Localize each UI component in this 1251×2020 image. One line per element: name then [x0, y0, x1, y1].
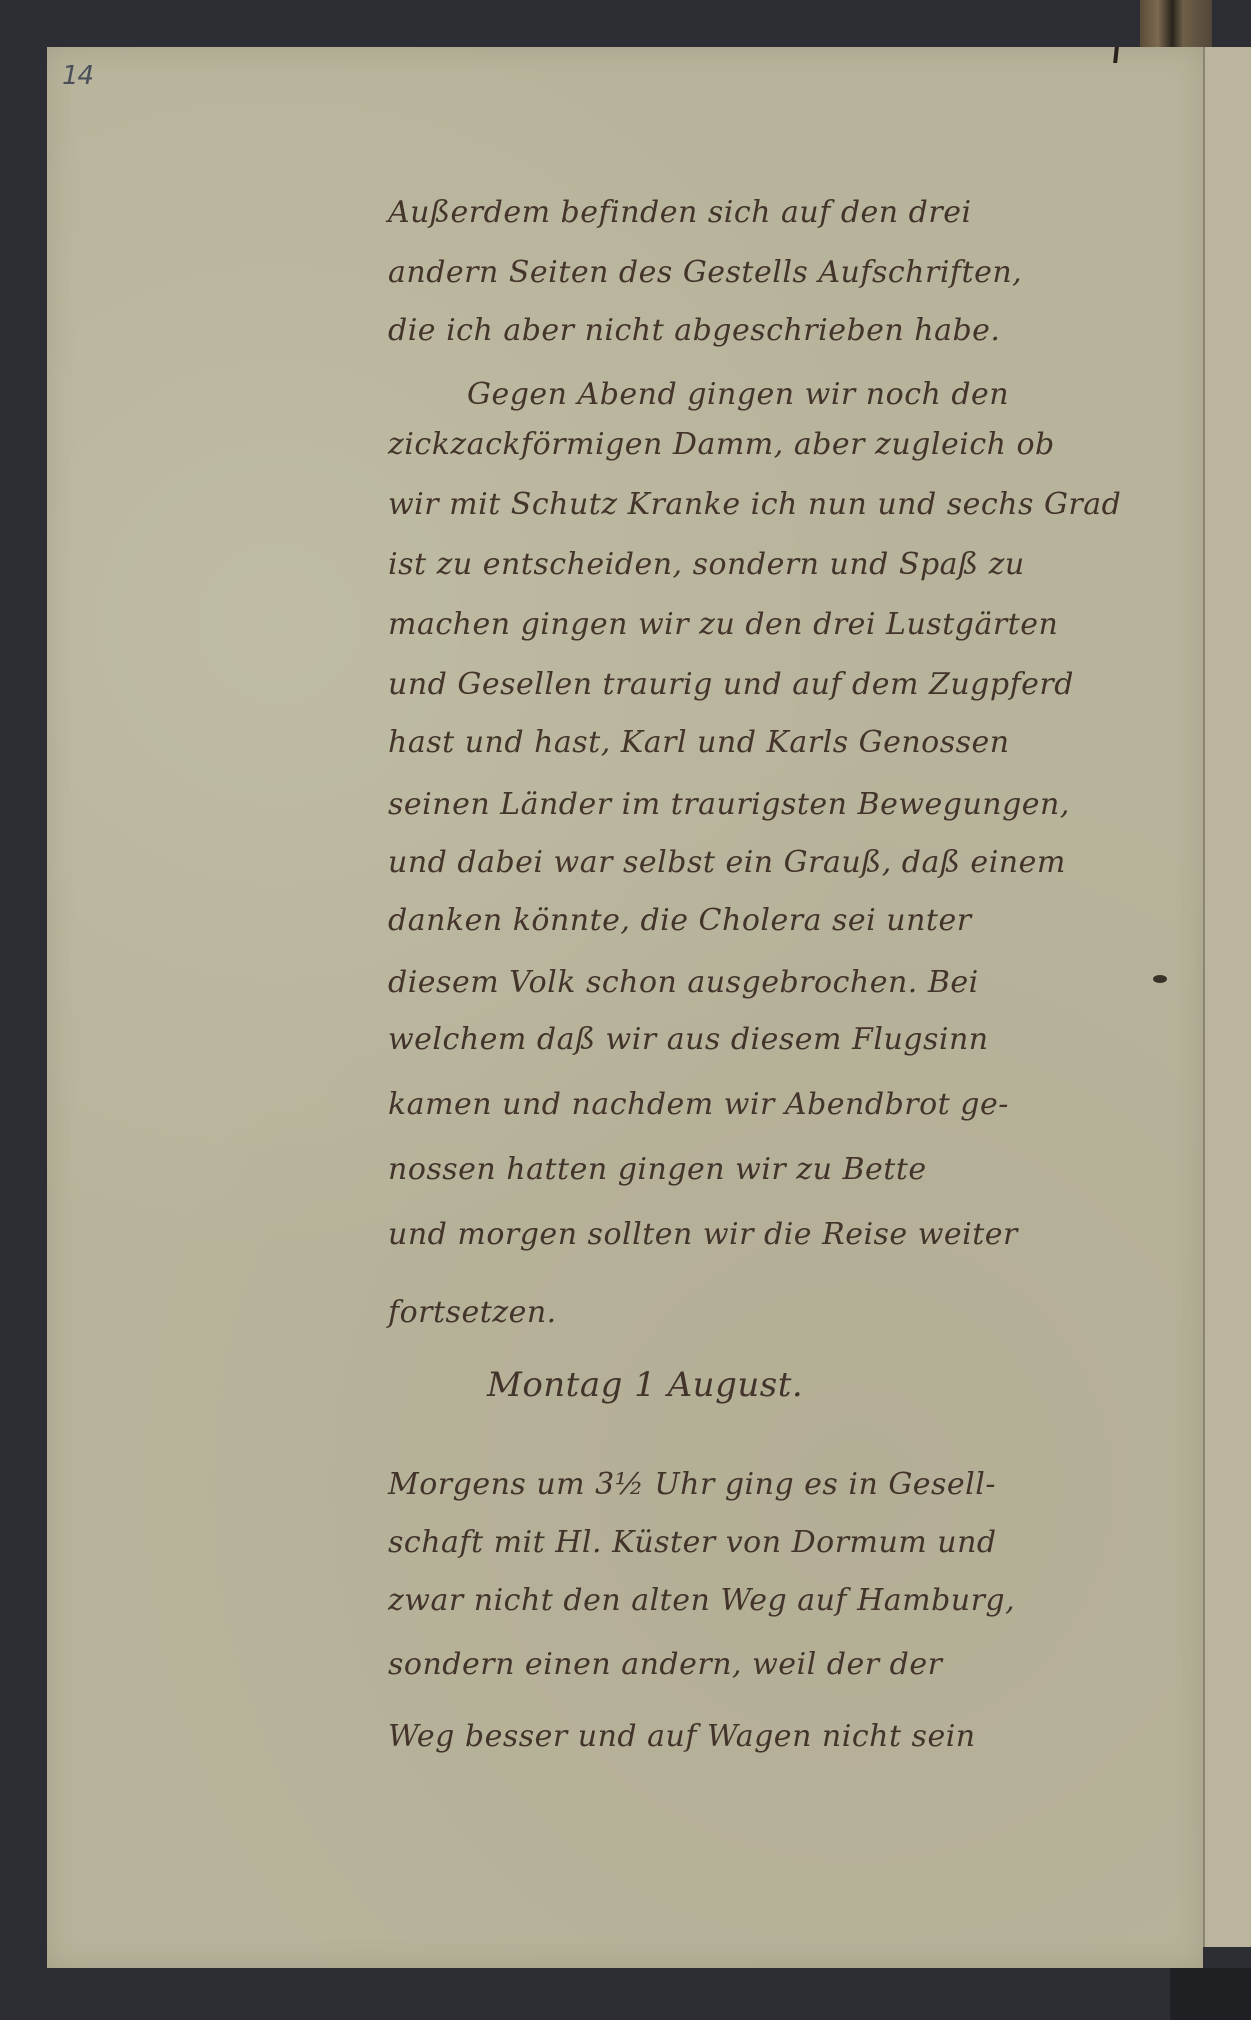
text-line: Gegen Abend gingen wir noch den [467, 377, 1009, 412]
text-line: seinen Länder im traurigsten Bewegungen, [388, 787, 1070, 822]
text-line: Morgens um 3½ Uhr ging es in Gesell- [388, 1467, 996, 1502]
text-line: Weg besser und auf Wagen nicht sein [388, 1719, 976, 1754]
ink-speck [1153, 975, 1167, 983]
text-line: sondern einen andern, weil der der [388, 1647, 942, 1682]
text-line: danken könnte, die Cholera sei unter [388, 903, 972, 938]
text-line: ist zu entscheiden, sondern und Spaß zu [388, 547, 1025, 582]
page-number: 14 [62, 61, 93, 91]
text-line: zickzackförmigen Damm, aber zugleich ob [388, 427, 1055, 462]
text-line: machen gingen wir zu den drei Lustgärten [388, 607, 1058, 642]
text-line: schaft mit Hl. Küster von Dormum und [388, 1525, 997, 1560]
text-line: und dabei war selbst ein Grauß, daß eine… [388, 845, 1066, 880]
text-line: hast und hast, Karl und Karls Genossen [388, 725, 1010, 760]
manuscript-page: 14 Außerdem befinden sich auf den drei a… [47, 47, 1203, 1968]
text-line: kamen und nachdem wir Abendbrot ge- [388, 1087, 1009, 1122]
text-line: zwar nicht den alten Weg auf Hamburg, [388, 1583, 1015, 1618]
text-line: diesem Volk schon ausgebrochen. Bei [388, 965, 979, 1000]
date-heading: Montag 1 August. [487, 1365, 803, 1405]
ink-mark [1113, 47, 1119, 63]
binding-clasp [1140, 0, 1212, 50]
text-line: andern Seiten des Gestells Aufschriften, [388, 255, 1022, 290]
text-line: und Gesellen traurig und auf dem Zugpfer… [388, 667, 1074, 702]
text-line: und morgen sollten wir die Reise weiter [388, 1217, 1018, 1252]
text-line: Außerdem befinden sich auf den drei [388, 195, 972, 230]
next-page-edge [1203, 47, 1251, 1947]
text-line: welchem daß wir aus diesem Flugsinn [388, 1022, 989, 1057]
text-line: nossen hatten gingen wir zu Bette [388, 1152, 927, 1187]
text-line: wir mit Schutz Kranke ich nun und sechs … [388, 487, 1121, 522]
page-shadow [1170, 1968, 1251, 2020]
text-line: fortsetzen. [388, 1295, 557, 1330]
text-line: die ich aber nicht abgeschrieben habe. [388, 313, 1000, 348]
